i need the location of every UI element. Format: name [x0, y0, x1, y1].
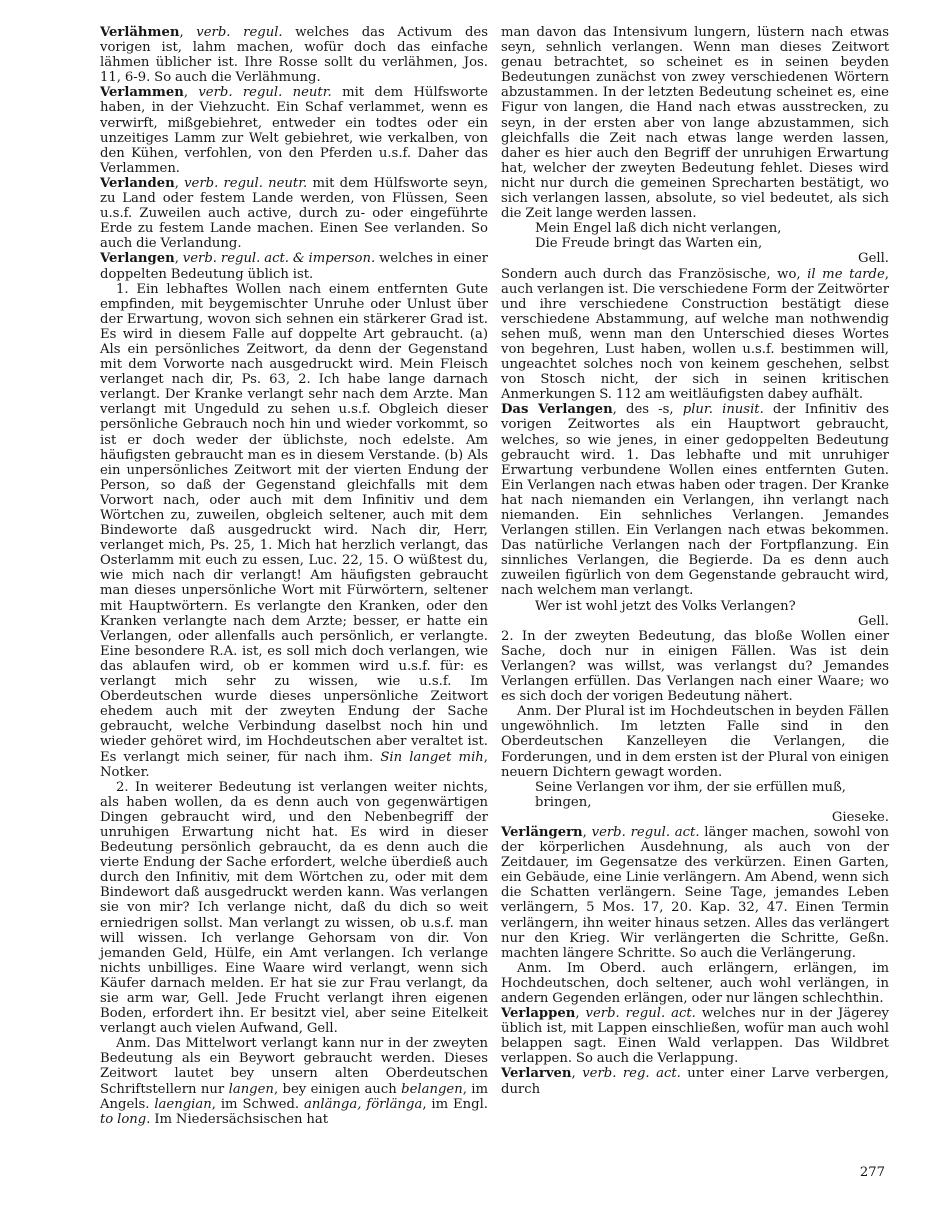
italic-text: il me tarde: [807, 267, 885, 282]
italic-text: verb. regul. neutr.: [184, 176, 307, 191]
text-run: Wer ist wohl jetzt des Volks Verlangen?: [535, 599, 796, 614]
text-run: 2. In der zweyten Bedeutung, das bloße W…: [501, 629, 889, 704]
verse-line: Die Freude bringt das Warten ein,: [501, 236, 889, 251]
paragraph: Sondern auch durch das Französische, wo,…: [501, 267, 889, 403]
text-run: 2. In weiterer Bedeutung ist verlangen w…: [100, 780, 488, 1037]
text-run: ,: [179, 25, 196, 40]
headword: Verlähmen: [100, 25, 179, 40]
attribution: Gieseke.: [501, 810, 889, 825]
text-run: , im Schwed.: [212, 1097, 304, 1112]
italic-text: verb. regul. act.: [586, 1006, 696, 1021]
headword: Verlangen: [100, 251, 175, 266]
paragraph: Anm. Im Oberd. auch erlängern, erlängen,…: [501, 961, 889, 1006]
paragraph: 1. Ein lebhaftes Wollen nach einem entfe…: [100, 282, 488, 780]
right-column: man davon das Intensivum lungern, lüster…: [501, 25, 889, 1127]
headword: Verlammen: [100, 85, 184, 100]
dictionary-page: Verlähmen, verb. regul. welches das Acti…: [0, 0, 935, 1210]
left-column: Verlähmen, verb. regul. welches das Acti…: [100, 25, 488, 1127]
italic-text: plur. inusit.: [683, 402, 764, 417]
paragraph: Anm. Das Mittelwort verlangt kann nur in…: [100, 1036, 488, 1127]
dictionary-entry: Verlangen, verb. regul. act. & imperson.…: [100, 251, 488, 281]
paragraph: man davon das Intensivum lungern, lüster…: [501, 25, 889, 221]
text-run: , des -s,: [613, 402, 683, 417]
dictionary-entry: Das Verlangen, des -s, plur. inusit. der…: [501, 402, 889, 598]
headword: Verlappen: [501, 1006, 575, 1021]
headword: Verlängern: [501, 825, 583, 840]
text-run: ,: [184, 85, 199, 100]
headword: Verlanden: [100, 176, 175, 191]
dictionary-entry: Verlähmen, verb. regul. welches das Acti…: [100, 25, 488, 85]
dictionary-entry: Verlanden, verb. regul. neutr. mit dem H…: [100, 176, 488, 251]
text-run: , bey einigen auch: [274, 1082, 401, 1097]
text-run: man davon das Intensivum lungern, lüster…: [501, 25, 889, 221]
paragraph: 2. In weiterer Bedeutung ist verlangen w…: [100, 780, 488, 1037]
text-run: ,: [575, 1006, 585, 1021]
italic-text: anlänga, förlänga: [304, 1097, 422, 1112]
dictionary-entry: Verlammen, verb. regul. neutr. mit dem H…: [100, 85, 488, 176]
headword: Das Verlangen: [501, 402, 613, 417]
italic-text: verb. regul.: [196, 25, 282, 40]
verse-line: Seine Verlangen vor ihm, der sie erfülle…: [501, 780, 889, 810]
paragraph: 2. In der zweyten Bedeutung, das bloße W…: [501, 629, 889, 704]
italic-text: belangen: [401, 1082, 463, 1097]
text-area: Verlähmen, verb. regul. welches das Acti…: [0, 0, 935, 1127]
text-run: . Im Niedersächsischen hat: [146, 1112, 328, 1127]
italic-text: to long: [100, 1112, 146, 1127]
text-run: , im Engl.: [422, 1097, 488, 1112]
dictionary-entry: Verlarven, verb. reg. act. unter einer L…: [501, 1066, 889, 1096]
text-run: ,: [175, 251, 183, 266]
text-run: Mein Engel laß dich nicht verlangen,: [535, 221, 781, 236]
dictionary-entry: Verlappen, verb. regul. act. welches nur…: [501, 1006, 889, 1066]
text-run: ,: [175, 176, 184, 191]
italic-text: verb. regul. neutr.: [198, 85, 331, 100]
text-run: , auch verlangen ist. Die verschiedene F…: [501, 267, 889, 403]
text-run: Gell.: [858, 614, 889, 629]
text-run: 1. Ein lebhaftes Wollen nach einem entfe…: [100, 282, 488, 765]
page-number: 277: [860, 1165, 885, 1180]
verse-line: Mein Engel laß dich nicht verlangen,: [501, 221, 889, 236]
text-run: Gell.: [858, 251, 889, 266]
verse-line: Wer ist wohl jetzt des Volks Verlangen?: [501, 599, 889, 614]
italic-text: verb. regul. act.: [592, 825, 700, 840]
text-run: Gieseke.: [832, 810, 889, 825]
text-run: Anm. Im Oberd. auch erlängern, erlängen,…: [501, 961, 889, 1006]
attribution: Gell.: [501, 251, 889, 266]
italic-text: Sin langet mih: [380, 750, 483, 765]
italic-text: laengian: [154, 1097, 211, 1112]
text-run: ,: [583, 825, 592, 840]
paragraph: Anm. Der Plural ist im Hochdeutschen in …: [501, 704, 889, 779]
dictionary-entry: Verlängern, verb. regul. act. länger mac…: [501, 825, 889, 961]
text-run: ,: [572, 1066, 583, 1081]
text-run: der Infinitiv des vorigen Zeitwortes als…: [501, 402, 889, 598]
attribution: Gell.: [501, 614, 889, 629]
italic-text: verb. regul. act. & imperson.: [183, 251, 375, 266]
italic-text: verb. reg. act.: [582, 1066, 681, 1081]
text-run: Sondern auch durch das Französische, wo,: [501, 267, 807, 282]
text-run: Anm. Der Plural ist im Hochdeutschen in …: [501, 704, 889, 779]
headword: Verlarven: [501, 1066, 572, 1081]
italic-text: langen: [229, 1082, 274, 1097]
text-run: länger machen, sowohl von der körperlich…: [501, 825, 889, 961]
text-run: Die Freude bringt das Warten ein,: [535, 236, 762, 251]
text-run: Seine Verlangen vor ihm, der sie erfülle…: [535, 780, 846, 810]
